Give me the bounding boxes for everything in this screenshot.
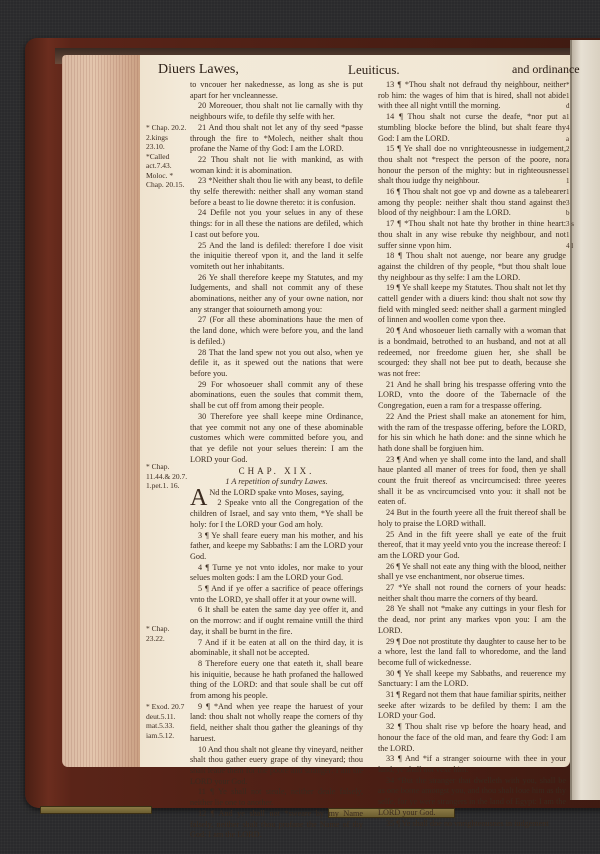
verse: 20 Moreouer, thou shalt not lie carnally… <box>190 101 363 122</box>
verse: 31 ¶ Regard not them that haue familiar … <box>378 690 566 722</box>
verse: 28 That the land spew not you out also, … <box>190 348 363 380</box>
margin-note: * Chap. 23.22. <box>146 624 188 643</box>
verse: 14 ¶ Thou shalt not curse the deafe, *no… <box>378 112 566 144</box>
verse: 22 Thou shalt not lie with mankind, as w… <box>190 155 363 176</box>
verse: 4 ¶ Turne ye not vnto idoles, nor make t… <box>190 563 363 584</box>
verse: 13 ¶ *Thou shalt not defraud thy neighbo… <box>378 80 566 112</box>
chapter-heading: CHAP. XIX. <box>190 466 363 477</box>
verse: 17 ¶ *Thou shalt not hate thy brother in… <box>378 219 566 251</box>
verse: 22 And the Priest shall make an atonemen… <box>378 412 566 455</box>
verse: 20 ¶ And whosoeuer lieth carnally with a… <box>378 326 566 380</box>
verse: 29 ¶ Doe not prostitute thy daughter to … <box>378 637 566 669</box>
verse: 24 But in the fourth yeere all the fruit… <box>378 508 566 529</box>
drop-cap: A <box>190 488 207 508</box>
verse: 18 ¶ Thou shalt not auenge, nor beare an… <box>378 251 566 283</box>
verse: 8 Therefore euery one that eateth it, sh… <box>190 659 363 702</box>
verse: 28 Ye shall not *make any cuttings in yo… <box>378 604 566 636</box>
verse: 27 *Ye shall not round the corners of yo… <box>378 583 566 604</box>
verse: 10 And thou shalt not gleane thy vineyar… <box>190 745 363 788</box>
verse: 23 ¶ And when ye shall come into the lan… <box>378 455 566 509</box>
margin-note: * Exod. 20.7 deut.5.11. mat.5.33. iam.5.… <box>146 702 188 740</box>
verse: 15 ¶ Ye shall doe no vnrighteousnesse in… <box>378 144 566 187</box>
running-head-center: Leuiticus. <box>348 62 400 78</box>
margin-note: * Chap. 11.44.& 20.7. 1.pet.1. 16. <box>146 462 188 491</box>
verse: 32 ¶ Thou shalt rise vp before the hoary… <box>378 722 566 754</box>
margin-note: * Chap. 20.2. 2.kings 23.10. *Called act… <box>146 123 188 190</box>
verse: 27 (For all these abominations haue the … <box>190 315 363 347</box>
verse: 23 *Neither shalt thou lie with any beas… <box>190 176 363 208</box>
verse: 11 ¶ Ye shall not steale, neither deale … <box>190 787 363 808</box>
page-fore-edge <box>62 55 142 767</box>
verse: 9 ¶ *And when yee reape the haruest of y… <box>190 702 363 745</box>
verse: 29 For whosoeuer shall commit any of the… <box>190 380 363 412</box>
running-head-right: and ordinance <box>512 62 580 77</box>
verse: 34 *But the stranger that dwelleth with … <box>378 776 566 819</box>
verse: 2 Speake vnto all the Congregation of th… <box>190 498 363 530</box>
chapter-summary: 1 A repetition of sundry Lawes. <box>190 477 363 488</box>
verse: 16 ¶ Thou shalt not goe vp and downe as … <box>378 187 566 219</box>
verse: 5 ¶ And if ye offer a sacrifice of peace… <box>190 584 363 605</box>
verse: 21 And he shall bring his trespasse offe… <box>378 380 566 412</box>
verse: 21 And thou shalt not let any of thy see… <box>190 123 363 155</box>
verse: 7 And if it be eaten at all on the third… <box>190 638 363 659</box>
right-text-column: 13 ¶ *Thou shalt not defraud thy neighbo… <box>378 80 566 829</box>
chapter-first-verse: ANd the LORD spake vnto Moses, saying, <box>190 488 363 499</box>
verse: 35 ¶ Ye shall doe no vnrighteousnes in i… <box>378 819 566 830</box>
first-line: Nd the LORD spake vnto Moses, saying, <box>209 488 344 497</box>
clasp-bottom-left <box>40 806 152 814</box>
right-margin-strip: * 1 d 1 4 a 2 a 1 1 1 3 b 3 s 1 4 l <box>566 80 574 251</box>
verse: 26 Ye shall therefore keepe my Statutes,… <box>190 273 363 316</box>
next-page-edge <box>570 40 600 800</box>
verse: 25 And in the fift yeere shall ye eate o… <box>378 530 566 562</box>
verse: 30 Therefore yee shall keepe mine Ordina… <box>190 412 363 466</box>
running-head-left: Diuers Lawes, <box>158 62 239 78</box>
verse: 6 It shall be eaten the same day yee off… <box>190 605 363 637</box>
verse: 25 And the land is defiled: therefore I … <box>190 241 363 273</box>
verse: 24 Defile not you your selues in any of … <box>190 208 363 240</box>
verse: 12 ¶ And ye shall not *sweare by my Name… <box>190 809 363 841</box>
left-text-column: to vncouer her nakednesse, as long as sh… <box>190 80 363 841</box>
verse: 3 ¶ Ye shall feare euery man his mother,… <box>190 531 363 563</box>
verse: 26 ¶ Ye shall not eate any thing with th… <box>378 562 566 583</box>
verse: 19 ¶ Ye shall keepe my Statutes. Thou sh… <box>378 283 566 326</box>
verse: 33 ¶ And *if a stranger soiourne with th… <box>378 754 566 775</box>
verse: 30 ¶ Ye shall keepe my Sabbaths, and reu… <box>378 669 566 690</box>
verse: to vncouer her nakednesse, as long as sh… <box>190 80 363 101</box>
